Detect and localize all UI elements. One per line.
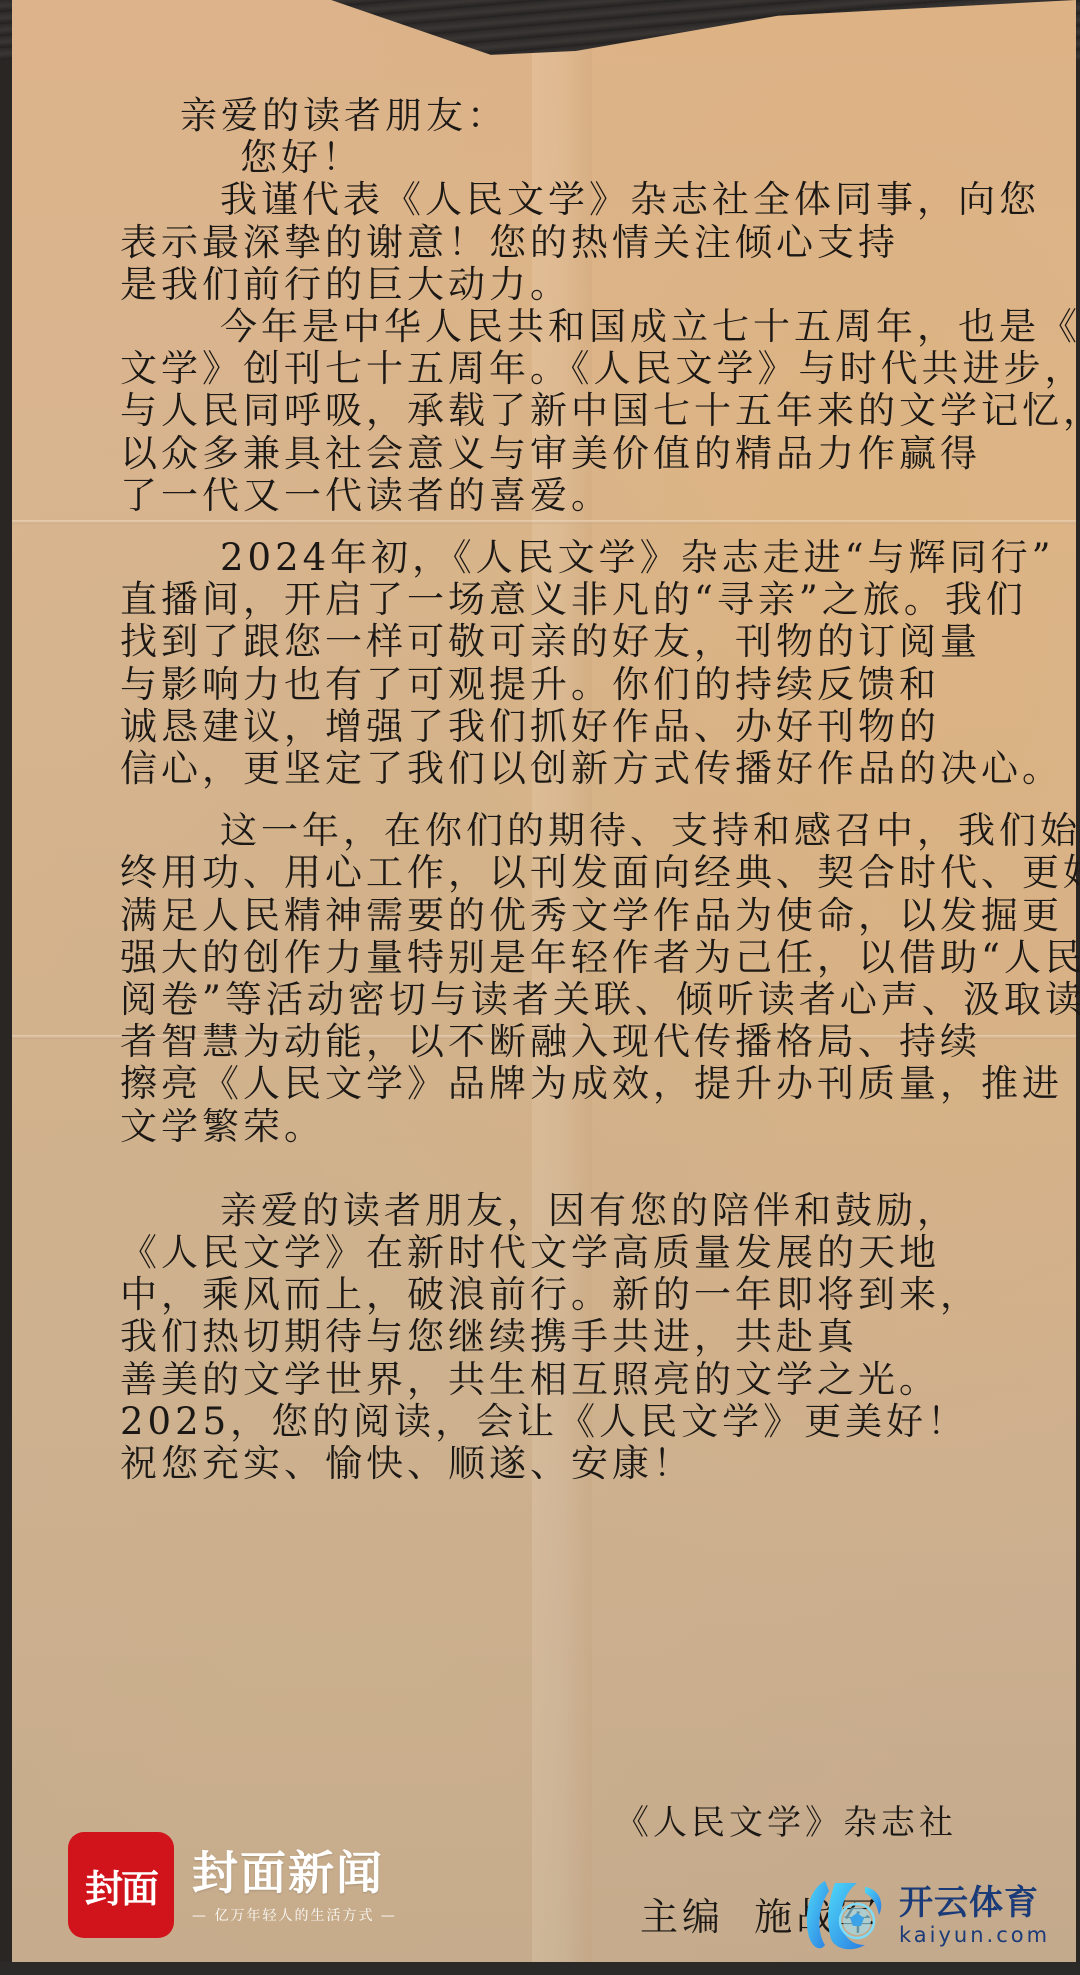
text-line: 以众多兼具社会意义与审美价值的精品力作赢得 <box>120 433 950 475</box>
kaiyun-wordmark: 开云体育 kaiyun.com <box>899 1883 1050 1947</box>
text-line: 这一年，在你们的期待、支持和感召中，我们始 <box>120 810 950 852</box>
text-line: 中，乘风而上，破浪前行。新的一年即将到来， <box>120 1274 950 1316</box>
text-line: 擦亮《人民文学》品牌为成效，提升办刊质量，推进 <box>120 1063 950 1105</box>
signature-organization: 《人民文学》杂志社 <box>615 1795 957 1844</box>
spacer <box>120 790 950 810</box>
text-line: 了一代又一代读者的喜爱。 <box>120 475 950 517</box>
letter-body: 亲爱的读者朋友： 您好！ 我谨代表《人民文学》杂志社全体同事，向您 表示最深挚的… <box>120 95 950 1485</box>
text-line: 信心，更坚定了我们以创新方式传播好作品的决心。 <box>120 748 950 790</box>
fengmian-wordmark: 封面新闻 — 亿万年轻人的生活方式 — <box>192 1845 397 1925</box>
text-line: 我们热切期待与您继续携手共进，共赴真 <box>120 1316 950 1358</box>
paragraph-thanks: 我谨代表《人民文学》杂志社全体同事，向您 表示最深挚的谢意！您的热情关注倾心支持… <box>120 179 950 306</box>
text-line: 文学繁荣。 <box>120 1106 950 1148</box>
paragraph-this-year: 这一年，在你们的期待、支持和感召中，我们始 终用功、用心工作，以刊发面向经典、契… <box>120 810 950 1148</box>
fengmian-title: 封面新闻 <box>192 1845 397 1901</box>
text-line: 是我们前行的巨大动力。 <box>120 264 950 306</box>
text-line: 表示最深挚的谢意！您的热情关注倾心支持 <box>120 222 950 264</box>
text-line: 今年是中华人民共和国成立七十五周年，也是《人民 <box>120 306 950 348</box>
text-line: 与人民同呼吸，承载了新中国七十五年来的文学记忆， <box>120 390 950 432</box>
text-line: 亲爱的读者朋友，因有您的陪伴和鼓励， <box>120 1190 950 1232</box>
editor-title: 主编 <box>640 1895 724 1939</box>
text-line: 阅卷”等活动密切与读者关联、倾听读者心声、汲取读 <box>120 979 950 1021</box>
text-line: 满足人民精神需要的优秀文学作品为使命，以发掘更 <box>120 895 950 937</box>
kaiyun-name-cn: 开云体育 <box>899 1883 1050 1923</box>
greeting: 您好！ <box>120 137 950 179</box>
text-line: 2024年初，《人民文学》杂志走进“与辉同行” <box>120 537 950 579</box>
text-line: 找到了跟您一样可敬可亲的好友，刊物的订阅量 <box>120 621 950 663</box>
fengmian-news-watermark: 封面 封面新闻 — 亿万年轻人的生活方式 — <box>68 1832 397 1938</box>
text-line: 与影响力也有了可观提升。你们的持续反馈和 <box>120 664 950 706</box>
kaiyun-logo-icon <box>795 1875 891 1955</box>
text-line: 诚恳建议，增强了我们抓好作品、办好刊物的 <box>120 706 950 748</box>
spacer <box>120 517 950 537</box>
fengmian-slogan: — 亿万年轻人的生活方式 — <box>192 1905 397 1925</box>
spacer <box>120 1148 950 1190</box>
paragraph-livestream: 2024年初，《人民文学》杂志走进“与辉同行” 直播间，开启了一场意义非凡的“寻… <box>120 537 950 790</box>
kaiyun-watermark: 开云体育 kaiyun.com <box>795 1875 1050 1955</box>
text-line: 我谨代表《人民文学》杂志社全体同事，向您 <box>120 179 950 221</box>
text-line: 《人民文学》在新时代文学高质量发展的天地 <box>120 1232 950 1274</box>
text-line: 2025，您的阅读，会让《人民文学》更美好！ <box>120 1401 950 1443</box>
bottom-edge <box>0 1962 1080 1975</box>
fengmian-logo-icon: 封面 <box>68 1832 174 1938</box>
salutation: 亲爱的读者朋友： <box>120 95 950 137</box>
text-line: 者智慧为动能，以不断融入现代传播格局、持续 <box>120 1021 950 1063</box>
paragraph-anniversary: 今年是中华人民共和国成立七十五周年，也是《人民 文学》创刊七十五周年。《人民文学… <box>120 306 950 517</box>
kaiyun-domain: kaiyun.com <box>899 1923 1050 1947</box>
paragraph-closing: 亲爱的读者朋友，因有您的陪伴和鼓励， 《人民文学》在新时代文学高质量发展的天地 … <box>120 1190 950 1485</box>
text-line: 祝您充实、愉快、顺遂、安康！ <box>120 1443 950 1485</box>
text-line: 强大的创作力量特别是年轻作者为己任，以借助“人民 <box>120 937 950 979</box>
text-line: 文学》创刊七十五周年。《人民文学》与时代共进步， <box>120 348 950 390</box>
text-line: 善美的文学世界，共生相互照亮的文学之光。 <box>120 1359 950 1401</box>
text-line: 终用功、用心工作，以刊发面向经典、契合时代、更好 <box>120 852 950 894</box>
text-line: 直播间，开启了一场意义非凡的“寻亲”之旅。我们 <box>120 579 950 621</box>
